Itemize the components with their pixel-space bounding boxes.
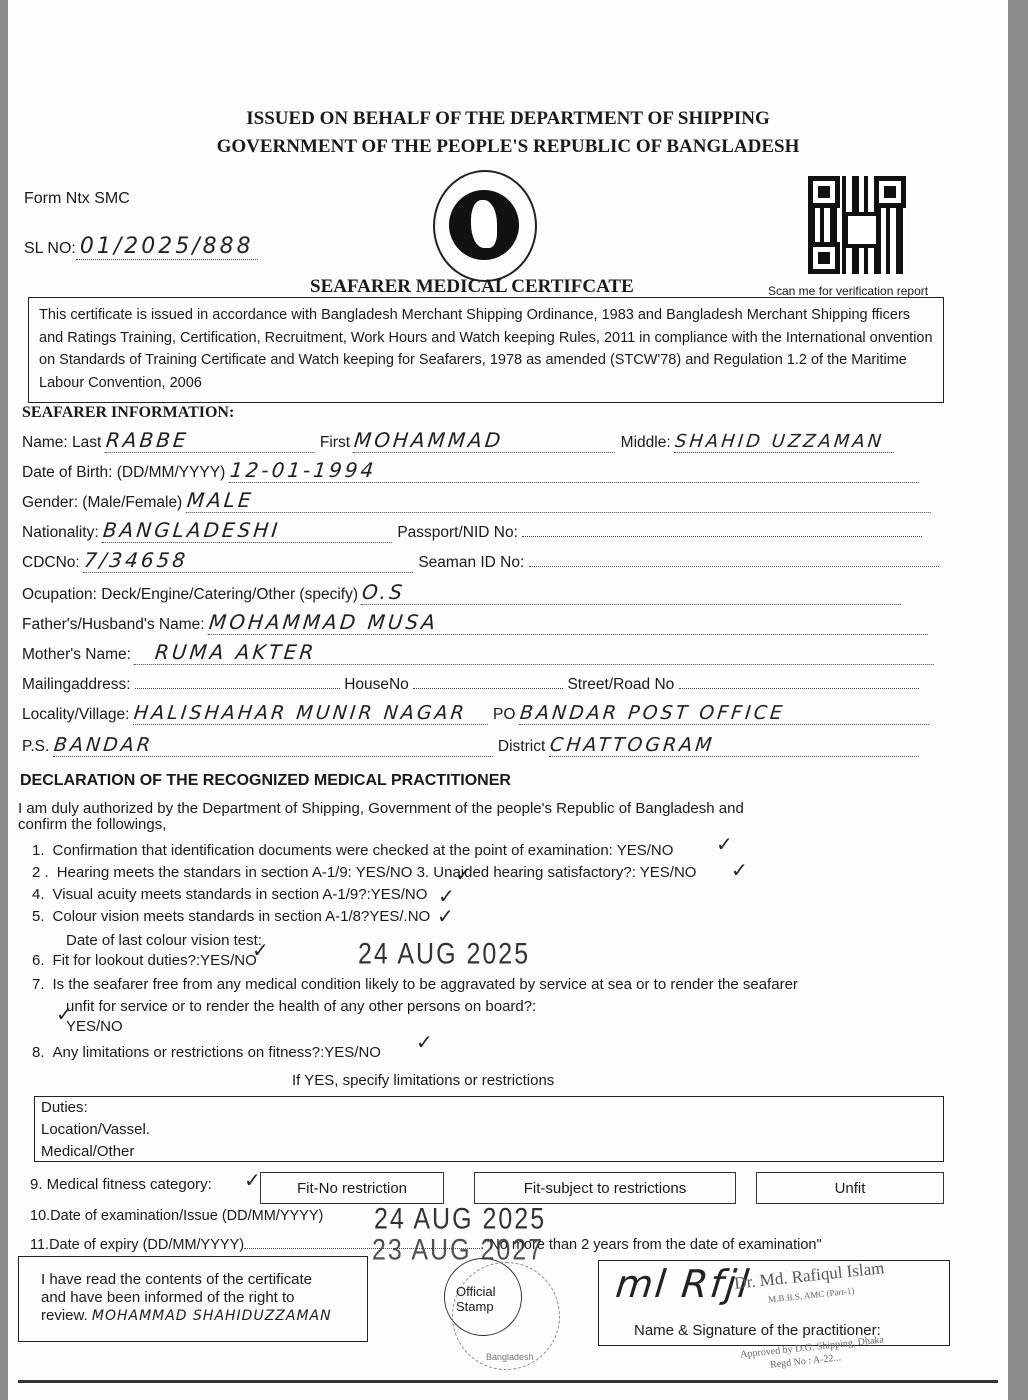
street-label: Street/Road No (567, 676, 674, 693)
occupation-field[interactable]: O.S (361, 580, 904, 605)
middle-name-label: Middle: (621, 434, 671, 451)
ack-text-2: and have been informed of the right to (41, 1289, 367, 1307)
checkmark-icon: ✓ (56, 1002, 73, 1027)
father-field[interactable]: MOHAMMAD MUSA (208, 610, 931, 635)
locality-row: Locality/Village: HALISHAHAR MUNIR NAGAR… (22, 702, 930, 725)
declaration-item: Date of last colour vision test: (58, 932, 262, 949)
item-number: 5. (32, 908, 45, 925)
checkmark-icon: ✓ (252, 938, 269, 963)
ack-text-3: review. (41, 1307, 88, 1324)
last-name-label: Name: Last (22, 434, 101, 451)
sl-no: SL NO:01/2025/888 (24, 234, 258, 259)
item-number: 1. (32, 842, 45, 859)
mother-field[interactable]: RUMA AKTER (134, 640, 937, 665)
fitness-option-unfit[interactable]: Unfit (756, 1172, 944, 1204)
gender-field[interactable]: MALE (185, 488, 933, 513)
mother-row: Mother's Name: RUMA AKTER (22, 640, 935, 665)
colour-test-date-stamp: 24 AUG 2025 (358, 937, 530, 972)
declaration-item: 5.Colour vision meets standards in secti… (32, 908, 430, 925)
declaration-item: 2 .Hearing meets the standars in section… (32, 864, 696, 881)
item-text[interactable]: Hearing meets the standars in section A-… (57, 864, 697, 881)
street-field[interactable] (679, 672, 919, 689)
checkmark-icon: ✓ (244, 1168, 261, 1193)
nationality-label: Nationality: (22, 524, 99, 541)
item-text[interactable]: Is the seafarer free from any medical co… (53, 976, 798, 993)
declaration-item: 7.Is the seafarer free from any medical … (32, 976, 798, 993)
checkmark-icon: ✓ (731, 858, 748, 883)
last-name-field[interactable]: RABBE (104, 428, 317, 453)
item-text[interactable]: Confirmation that identification documen… (53, 842, 674, 859)
cdc-label: CDCNo: (22, 554, 80, 571)
limitation-location: Location/Vassel. (41, 1119, 937, 1141)
house-label: HouseNo (344, 676, 409, 693)
official-stamp-label: Official Stamp (456, 1284, 496, 1314)
exam-date-stamp: 24 AUG 2025 (374, 1202, 546, 1237)
item-text[interactable]: Any limitations or restrictions on fitne… (53, 1044, 381, 1061)
header-line-2: GOVERNMENT OF THE PEOPLE'S REPUBLIC OF B… (8, 136, 1008, 158)
dob-label: Date of Birth: (DD/MM/YYYY) (22, 464, 225, 481)
seaman-id-label: Seaman ID No: (418, 554, 524, 571)
item-text[interactable]: unfit for service or to render the healt… (66, 998, 536, 1015)
locality-label: Locality/Village: (22, 706, 129, 723)
passport-field[interactable] (522, 520, 922, 537)
passport-label: Passport/NID No: (397, 524, 518, 541)
mailing-field[interactable] (135, 672, 340, 689)
dob-field[interactable]: 12-01-1994 (228, 458, 921, 483)
declaration-intro-2: confirm the followings, (18, 816, 166, 833)
item-number: 2 . (32, 864, 49, 881)
mailing-label: Mailingaddress: (22, 676, 131, 693)
mother-label: Mother's Name: (22, 646, 131, 663)
fitness-label: 9. Medical fitness category: (30, 1176, 212, 1193)
bottom-rule (18, 1380, 998, 1383)
practitioner-label: Name & Signature of the practitioner: (634, 1322, 881, 1339)
seafarer-signature: MOHAMMAD SHAHIDUZZAMAN (92, 1308, 332, 1324)
limitation-duties: Duties: (41, 1097, 937, 1119)
declaration-item: 6.Fit for lookout duties?:YES/NO (32, 952, 257, 969)
stamp-ring-bottom: Bangladesh (486, 1352, 534, 1362)
limitation-medical: Medical/Other (41, 1141, 937, 1163)
government-emblem-icon (433, 170, 537, 282)
item-number: 6. (32, 952, 45, 969)
father-row: Father's/Husband's Name: MOHAMMAD MUSA (22, 610, 929, 635)
fitness-option-fit-subject[interactable]: Fit-subject to restrictions (474, 1172, 736, 1204)
exam-date-label: 10.Date of examination/Issue (DD/MM/YYYY… (30, 1208, 323, 1224)
gender-row: Gender: (Male/Female) MALE (22, 488, 932, 513)
gender-label: Gender: (Male/Female) (22, 494, 182, 511)
checkmark-icon: ✓ (437, 904, 454, 929)
dob-row: Date of Birth: (DD/MM/YYYY) 12-01-1994 (22, 458, 920, 483)
occupation-label: Ocupation: Deck/Engine/Catering/Other (s… (22, 586, 358, 603)
stamp-label-1: Official (456, 1284, 496, 1299)
ps-label: P.S. (22, 738, 49, 755)
declaration-intro-1: I am duly authorized by the Department o… (18, 800, 744, 817)
first-name-field[interactable]: MOHAMMAD (353, 428, 618, 453)
item-text[interactable]: Visual acuity meets standards in section… (53, 886, 428, 903)
occupation-row: Ocupation: Deck/Engine/Catering/Other (s… (22, 580, 902, 605)
father-label: Father's/Husband's Name: (22, 616, 205, 633)
district-field[interactable]: CHATTOGRAM (548, 734, 920, 757)
declaration-heading: DECLARATION OF THE RECOGNIZED MEDICAL PR… (20, 772, 511, 790)
po-label: PO (493, 706, 515, 723)
middle-name-field[interactable]: SHAHID UZZAMAN (674, 431, 896, 453)
expiry-label: 11.Date of expiry (DD/MM/YYYY) (30, 1237, 244, 1253)
name-row: Name: Last RABBE First MOHAMMAD Middle: … (22, 428, 952, 453)
ack-text-1: I have read the contents of the certific… (41, 1271, 367, 1289)
nationality-row: Nationality: BANGLADESHI Passport/NID No… (22, 518, 922, 543)
declaration-item: 1.Confirmation that identification docum… (32, 842, 673, 859)
district-label: District (498, 738, 545, 755)
fitness-option-fit-no-restriction[interactable]: Fit-No restriction (260, 1172, 444, 1204)
qr-caption: Scan me for verification report (768, 284, 928, 298)
declaration-item: unfit for service or to render the healt… (58, 998, 536, 1015)
item-text[interactable]: Fit for lookout duties?:YES/NO (53, 952, 257, 969)
item-text[interactable]: Colour vision meets standards in section… (53, 908, 431, 925)
header-line-1: ISSUED ON BEHALF OF THE DEPARTMENT OF SH… (8, 108, 1008, 130)
seaman-id-field[interactable] (529, 550, 939, 567)
cdc-row: CDCNo: 7/34658 Seaman ID No: (22, 548, 939, 573)
intro-text: This certificate is issued in accordance… (39, 307, 933, 391)
locality-field[interactable]: HALISHAHAR MUNIR NAGAR (133, 702, 490, 725)
map-emblem-icon (449, 190, 519, 260)
checkmark-icon: ✓ (455, 862, 472, 887)
mailing-row: Mailingaddress: HouseNo Street/Road No (22, 672, 919, 694)
limitations-box[interactable]: Duties: Location/Vassel. Medical/Other (34, 1096, 944, 1162)
checkmark-icon: ✓ (716, 832, 733, 857)
cdc-field[interactable]: 7/34658 (83, 548, 416, 573)
first-name-label: First (320, 434, 350, 451)
sl-no-label: SL NO: (24, 240, 76, 257)
limitations-heading: If YES, specify limitations or restricti… (292, 1072, 554, 1089)
acknowledgement-box: I have read the contents of the certific… (18, 1256, 368, 1342)
ps-row: P.S. BANDAR District CHATTOGRAM (22, 734, 920, 757)
form-label: Form Ntx SMC (24, 190, 130, 208)
seafarer-heading: SEAFARER INFORMATION: (22, 404, 234, 422)
item-text[interactable]: YES/NO (66, 1018, 123, 1035)
qr-code-icon[interactable] (808, 176, 906, 274)
stamp-label-2: Stamp (456, 1299, 496, 1314)
practitioner-signature: ml Rfjl (614, 1262, 753, 1306)
intro-box: This certificate is issued in accordance… (28, 297, 944, 403)
item-number: 4. (32, 886, 45, 903)
item-text[interactable]: Date of last colour vision test: (66, 932, 262, 949)
po-field[interactable]: BANDAR POST OFFICE (519, 702, 931, 725)
declaration-item: 8.Any limitations or restrictions on fit… (32, 1044, 381, 1061)
certificate-page: ISSUED ON BEHALF OF THE DEPARTMENT OF SH… (8, 0, 1008, 1400)
item-number: 8. (32, 1044, 45, 1061)
sl-no-value: 01/2025/888 (76, 234, 258, 260)
house-field[interactable] (413, 672, 563, 689)
item-number: 7. (32, 976, 45, 993)
declaration-item: 4.Visual acuity meets standards in secti… (32, 886, 427, 903)
certificate-title: SEAFARER MEDICAL CERTIFCATE (310, 276, 634, 298)
checkmark-icon: ✓ (416, 1030, 433, 1055)
ps-field[interactable]: BANDAR (52, 734, 494, 757)
nationality-field[interactable]: BANGLADESHI (102, 518, 395, 543)
